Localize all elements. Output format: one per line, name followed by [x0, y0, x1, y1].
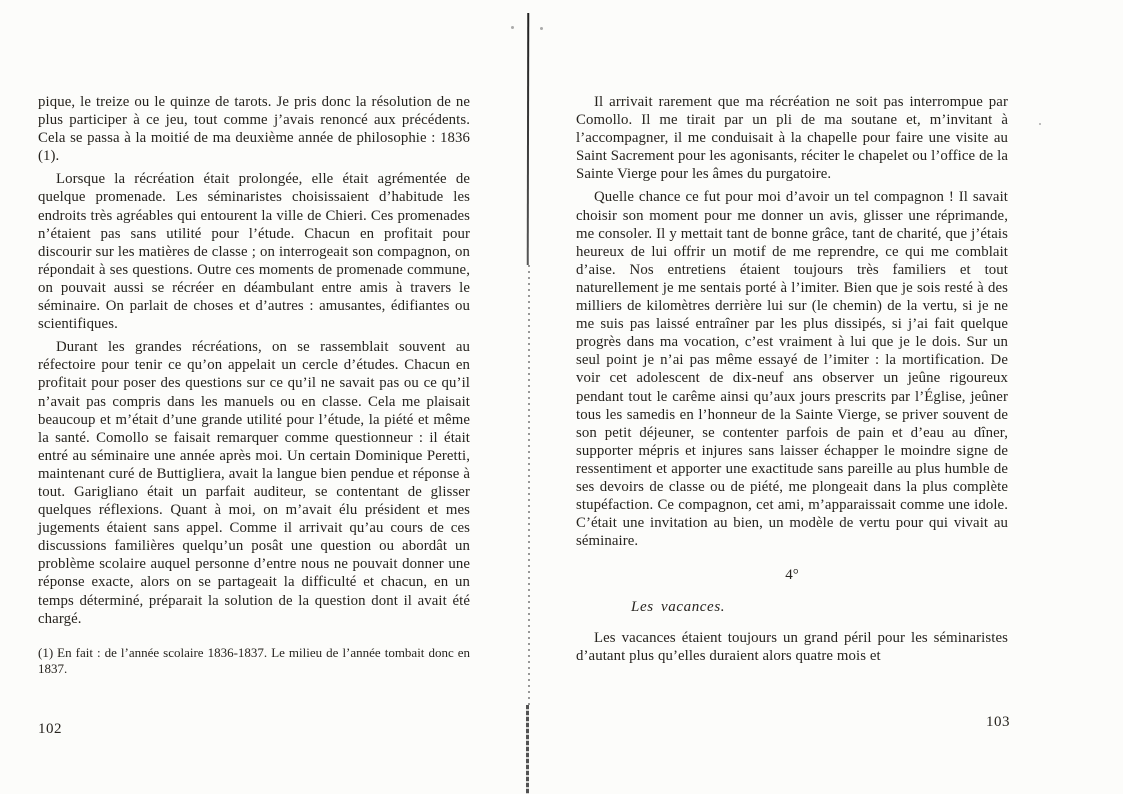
left-paragraph-1: pique, le treize ou le quinze de tarots.…: [38, 93, 470, 165]
scan-speck: [540, 27, 543, 30]
right-page: Il arrivait rarement que ma récréation n…: [576, 93, 1008, 671]
footnote: (1) En fait : de l’année scolaire 1836-1…: [38, 645, 470, 678]
right-closing-paragraph: Les vacances étaient toujours un grand p…: [576, 629, 1008, 665]
scan-speck: [511, 26, 514, 29]
gutter-line-bottom: [526, 705, 529, 794]
gutter-line-top: [527, 13, 530, 265]
section-number: 4°: [576, 567, 1008, 584]
right-paragraph-2: Quelle chance ce fut pour moi d’avoir un…: [576, 188, 1008, 550]
left-page: pique, le treize ou le quinze de tarots.…: [38, 93, 470, 678]
section-title: Les vacances.: [576, 599, 1008, 616]
page-number-right: 103: [576, 714, 1010, 731]
gutter-line-middle: [528, 265, 530, 705]
left-paragraph-2: Lorsque la récréation était prolongée, e…: [38, 170, 470, 333]
right-paragraph-1: Il arrivait rarement que ma récréation n…: [576, 93, 1008, 183]
left-paragraph-3: Durant les grandes récréations, on se ra…: [38, 338, 470, 628]
book-spread: pique, le treize ou le quinze de tarots.…: [0, 0, 1123, 794]
page-number-left: 102: [38, 721, 62, 738]
scan-speck: [1039, 123, 1041, 125]
